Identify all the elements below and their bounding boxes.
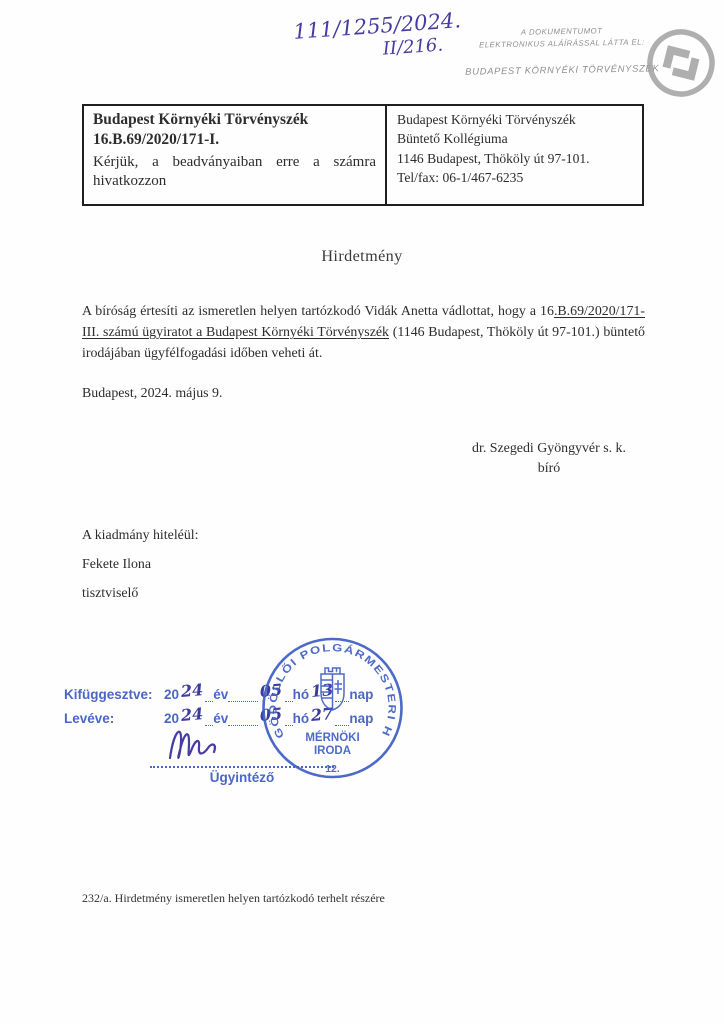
- handwritten-filing-note: 111/1255/2024. II/216.: [293, 8, 464, 66]
- date-line: Budapest, 2024. május 9.: [82, 386, 222, 402]
- footer-form-number: 232/a. Hirdetmény ismeretlen helyen tart…: [82, 891, 385, 906]
- header-table: Budapest Környéki Törvényszék 16.B.69/20…: [82, 104, 644, 206]
- judge-signature-block: dr. Szegedi Gyöngyvér s. k. bíró: [438, 441, 660, 477]
- coat-of-arms-icon: [321, 668, 344, 710]
- dotted-leader: [205, 688, 213, 702]
- attestation-name: Fekete Ilona: [82, 557, 199, 573]
- municipal-round-stamp-icon: GÖDÖLLŐI POLGÁRMESTERI HIVATAL MÉRNÖKI I…: [256, 624, 410, 792]
- svg-text:GÖDÖLLŐI POLGÁRMESTERI HIVATAL: GÖDÖLLŐI POLGÁRMESTERI HIVATAL: [256, 624, 398, 740]
- dotted-leader: [228, 688, 258, 702]
- document-title: Hirdetmény: [0, 247, 724, 266]
- case-number: 16.B.69/2020/171-I.: [93, 130, 376, 150]
- body-text-pre: A bíróság értesíti az ismeretlen helyen …: [82, 304, 554, 319]
- posted-year-handwritten: 24: [178, 680, 206, 701]
- esign-court-name: BUDAPEST KÖRNYÉKI TÖRVÉNYSZÉK: [458, 61, 666, 79]
- posted-year-prefix: 20: [164, 687, 179, 702]
- posted-ev-label: év: [213, 687, 228, 702]
- phone: Tel/fax: 06-1/467-6235: [397, 168, 632, 187]
- department: Büntető Kollégiuma: [397, 129, 632, 148]
- stamp-office-line2: IRODA: [314, 745, 351, 757]
- body-paragraph: A bíróság értesíti az ismeretlen helyen …: [82, 301, 645, 364]
- esign-line2: ELEKTRONIKUS ALÁÍRÁSSAL LÁTTA EL:: [458, 36, 666, 52]
- court-name-right: Budapest Környéki Törvényszék: [397, 110, 632, 129]
- attestation-block: A kiadmány hiteléül: Fekete Ilona tisztv…: [82, 528, 199, 615]
- court-name: Budapest Környéki Törvényszék: [93, 110, 376, 130]
- clerk-signature-scribble: [162, 718, 252, 766]
- judge-name: dr. Szegedi Gyöngyvér s. k.: [438, 441, 660, 457]
- header-cell-address: Budapest Környéki Törvényszék Büntető Ko…: [387, 106, 642, 204]
- removed-label: Levéve:: [64, 711, 164, 726]
- address: 1146 Budapest, Thököly út 97-101.: [397, 149, 632, 168]
- stamp-office-line1: MÉRNÖKI: [305, 731, 359, 744]
- header-cell-case: Budapest Környéki Törvényszék 16.B.69/20…: [84, 106, 387, 204]
- attestation-heading: A kiadmány hiteléül:: [82, 528, 199, 544]
- judge-role: bíró: [438, 461, 660, 477]
- stamp-ring-text: GÖDÖLLŐI POLGÁRMESTERI HIVATAL: [256, 624, 398, 740]
- document-page: 111/1255/2024. II/216. A DOKUMENTUMOT EL…: [0, 0, 724, 1024]
- posted-label: Kifüggesztve:: [64, 687, 164, 702]
- reference-note: Kérjük, a beadványaiban erre a számra hi…: [93, 153, 376, 192]
- electronic-signature-stamp: A DOKUMENTUMOT ELEKTRONIKUS ALÁÍRÁSSAL L…: [458, 24, 667, 79]
- stamp-number: 12.: [325, 763, 340, 775]
- handwritten-sub-number: II/216.: [382, 33, 463, 60]
- attestation-role: tisztviselő: [82, 586, 199, 602]
